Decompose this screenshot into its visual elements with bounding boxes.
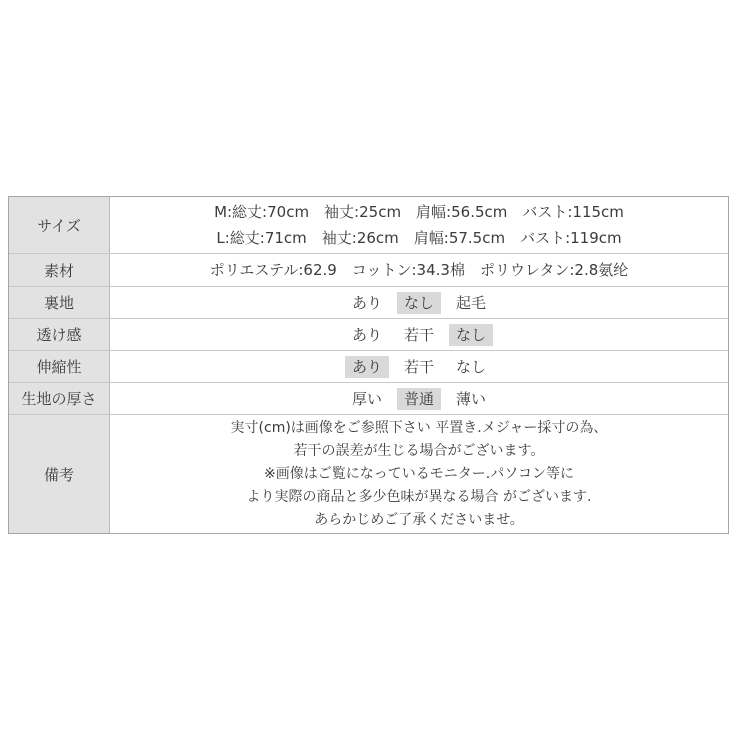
lining-options: あり なし 起毛 bbox=[345, 292, 493, 314]
spec-row-sheerness: 透け感 あり 若干 なし bbox=[9, 319, 728, 351]
remark-line-2: 若干の誤差が生じる場合がございます。 bbox=[294, 440, 545, 463]
thickness-row-label: 生地の厚さ bbox=[9, 383, 110, 414]
size-values: M:総丈:70cm 袖丈:25cm 肩幅:56.5cm バスト:115cm L:… bbox=[110, 197, 728, 253]
thickness-values: 厚い 普通 薄い bbox=[110, 383, 728, 414]
thickness-option-futsuu: 普通 bbox=[397, 388, 441, 410]
material-text: ポリエステル:62.9 コットン:34.3棉 ポリウレタン:2.8氨纶 bbox=[210, 260, 629, 280]
stretch-option-jakkan: 若干 bbox=[397, 356, 441, 378]
thickness-option-usui: 薄い bbox=[449, 388, 493, 410]
sheerness-option-ari: あり bbox=[345, 324, 389, 346]
product-spec-table: サイズ M:総丈:70cm 袖丈:25cm 肩幅:56.5cm バスト:115c… bbox=[8, 196, 729, 534]
sheerness-option-nashi: なし bbox=[449, 324, 493, 346]
spec-row-thickness: 生地の厚さ 厚い 普通 薄い bbox=[9, 383, 728, 415]
lining-values: あり なし 起毛 bbox=[110, 287, 728, 318]
remark-line-5: あらかじめご了承くださいませ。 bbox=[314, 509, 524, 532]
remark-line-1: 実寸(cm)は画像をご参照下さい 平置き.メジャー採寸の為、 bbox=[231, 417, 608, 440]
spec-row-size: サイズ M:総丈:70cm 袖丈:25cm 肩幅:56.5cm バスト:115c… bbox=[9, 197, 728, 254]
lining-row-label: 裏地 bbox=[9, 287, 110, 318]
stretch-row-label: 伸縮性 bbox=[9, 351, 110, 382]
material-values: ポリエステル:62.9 コットン:34.3棉 ポリウレタン:2.8氨纶 bbox=[110, 254, 728, 286]
remarks-row-label: 備考 bbox=[9, 415, 110, 533]
stretch-option-ari: あり bbox=[345, 356, 389, 378]
remark-line-4: より実際の商品と多少色味が異なる場合 がございます. bbox=[247, 486, 592, 509]
lining-option-nashi: なし bbox=[397, 292, 441, 314]
size-line-m: M:総丈:70cm 袖丈:25cm 肩幅:56.5cm バスト:115cm bbox=[214, 199, 624, 225]
material-row-label: 素材 bbox=[9, 254, 110, 286]
size-line-l: L:総丈:71cm 袖丈:26cm 肩幅:57.5cm バスト:119cm bbox=[216, 225, 621, 251]
remark-line-3: ※画像はご覧になっているモニター.パソコン等に bbox=[264, 463, 574, 486]
lining-option-kimo: 起毛 bbox=[449, 292, 493, 314]
thickness-option-atsui: 厚い bbox=[345, 388, 389, 410]
spec-row-material: 素材 ポリエステル:62.9 コットン:34.3棉 ポリウレタン:2.8氨纶 bbox=[9, 254, 728, 287]
remarks-values: 実寸(cm)は画像をご参照下さい 平置き.メジャー採寸の為、 若干の誤差が生じる… bbox=[110, 415, 728, 533]
spec-row-lining: 裏地 あり なし 起毛 bbox=[9, 287, 728, 319]
lining-option-ari: あり bbox=[345, 292, 389, 314]
stretch-options: あり 若干 なし bbox=[345, 356, 493, 378]
sheerness-row-label: 透け感 bbox=[9, 319, 110, 350]
sheerness-values: あり 若干 なし bbox=[110, 319, 728, 350]
sheerness-options: あり 若干 なし bbox=[345, 324, 493, 346]
thickness-options: 厚い 普通 薄い bbox=[345, 388, 493, 410]
stretch-option-nashi: なし bbox=[449, 356, 493, 378]
spec-row-stretch: 伸縮性 あり 若干 なし bbox=[9, 351, 728, 383]
stretch-values: あり 若干 なし bbox=[110, 351, 728, 382]
spec-row-remarks: 備考 実寸(cm)は画像をご参照下さい 平置き.メジャー採寸の為、 若干の誤差が… bbox=[9, 415, 728, 533]
size-row-label: サイズ bbox=[9, 197, 110, 253]
sheerness-option-jakkan: 若干 bbox=[397, 324, 441, 346]
